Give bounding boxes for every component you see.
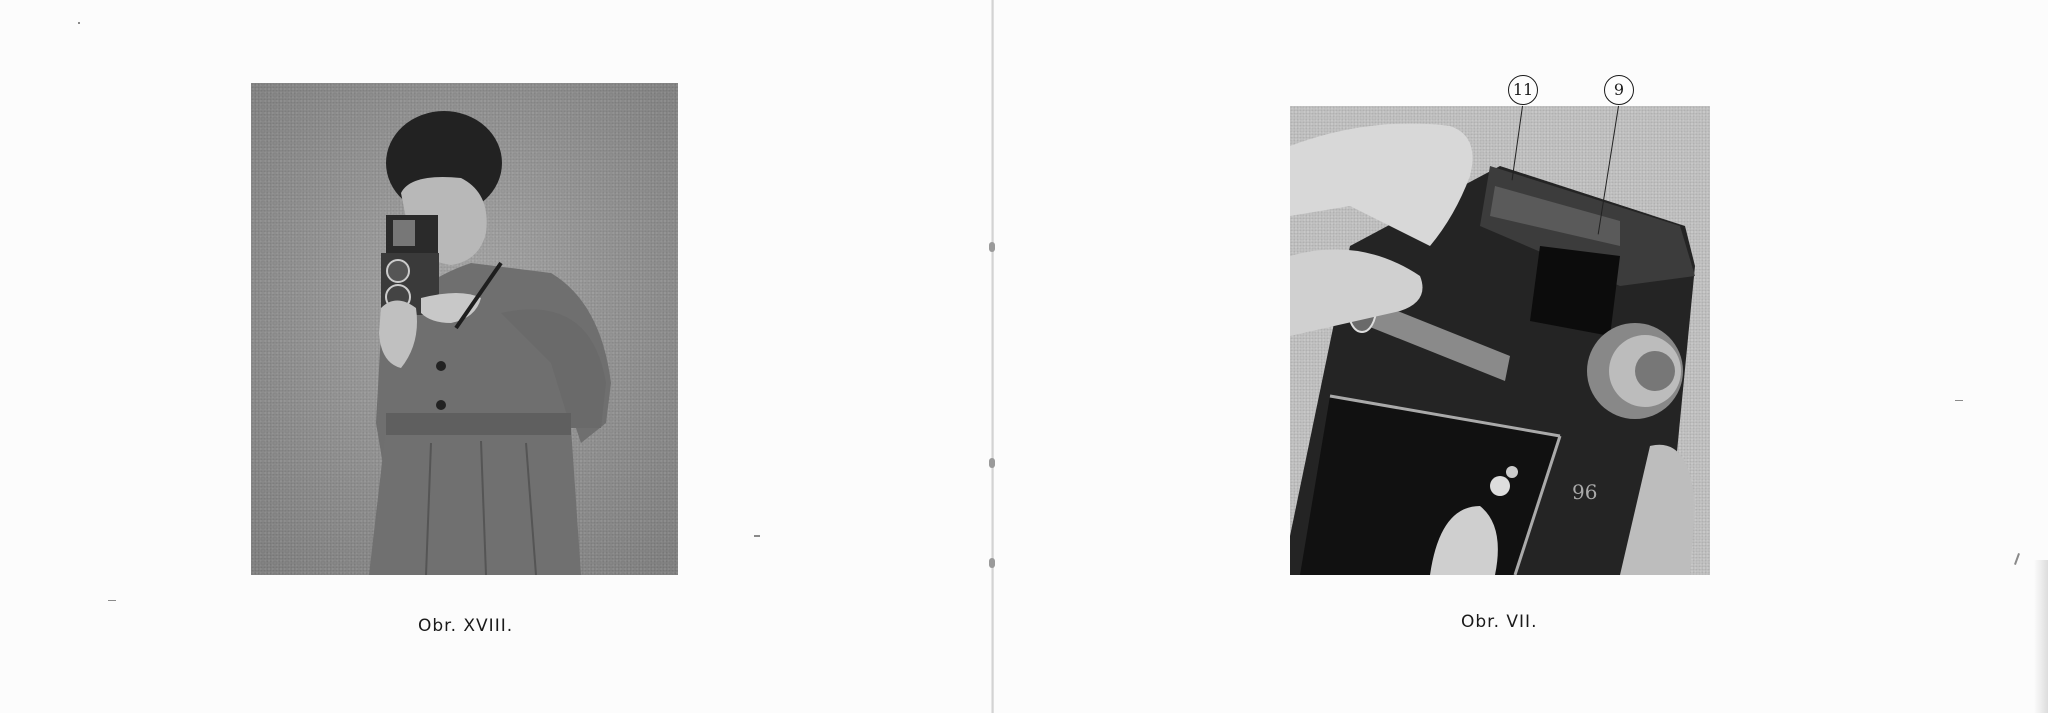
figure-caption: Obr. XVIII.	[418, 616, 513, 636]
scan-speck	[1955, 400, 1963, 401]
scan-speck	[754, 535, 760, 537]
scan-speck	[78, 22, 80, 24]
scan-speck	[108, 600, 116, 601]
booklet-spread: Obr. XVIII. 11 9	[0, 0, 2048, 713]
fold-mark	[989, 242, 995, 252]
page-edge-shadow	[2034, 560, 2048, 713]
figure-caption: Obr. VII.	[1461, 612, 1537, 632]
figure-photo-camera-film-loading: 96	[1290, 106, 1710, 575]
fold-mark	[989, 558, 995, 568]
center-fold	[991, 0, 994, 713]
callout-marker: 11	[1508, 75, 1538, 105]
callout-marker: 9	[1604, 75, 1634, 105]
svg-text:96: 96	[1572, 480, 1597, 504]
figure-photo-woman-with-camera	[251, 83, 678, 575]
fold-mark	[989, 458, 995, 468]
